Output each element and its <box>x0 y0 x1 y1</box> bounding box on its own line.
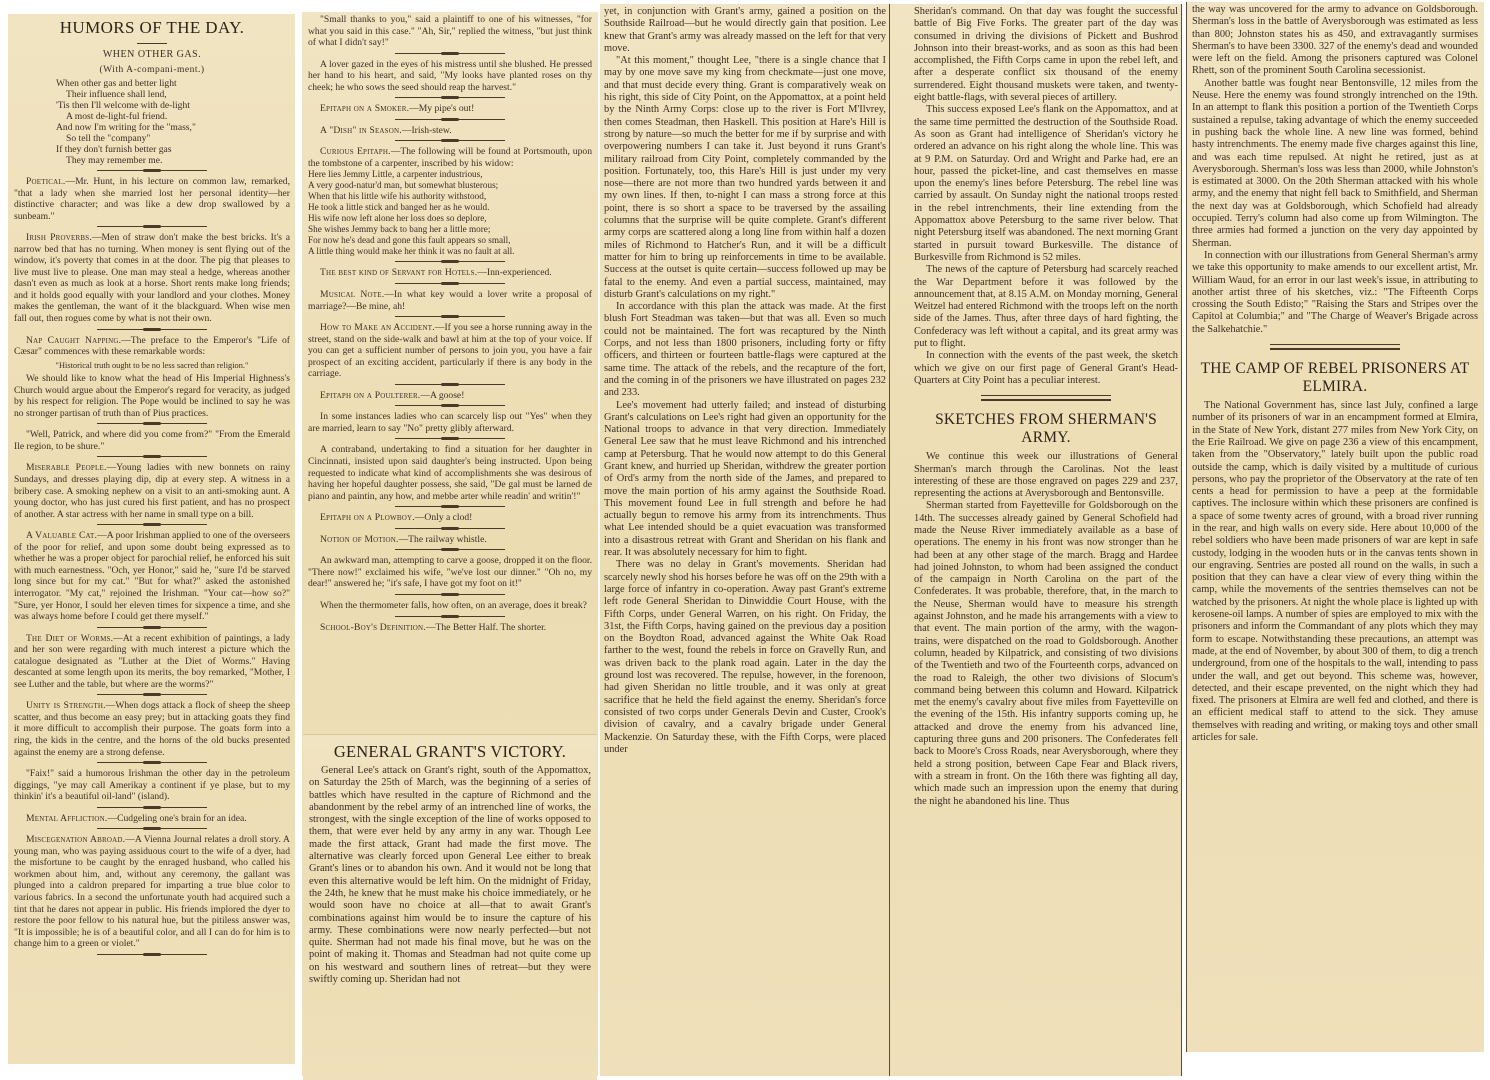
item-paragraph: A lover gazed in the eyes of his mistres… <box>308 59 592 94</box>
clipping-grant-end-and-sherman: Sheridan's command. On that day was foug… <box>912 4 1182 1076</box>
verse-line: 'Tis then I'll welcome with de-light <box>56 100 290 111</box>
column-2: "Small thanks to you," said a plaintiff … <box>308 14 592 633</box>
item-paragraph: "Faix!" said a humorous Irishman the oth… <box>14 768 290 803</box>
section-title: HUMORS OF THE DAY. <box>14 18 290 38</box>
article-paragraph: Sherman started from Fayetteville for Go… <box>914 500 1178 807</box>
article-paragraph: "At this moment," thought Lee, "there is… <box>604 55 886 301</box>
item-paragraph: Miserable People.—Young ladies with new … <box>14 462 290 520</box>
column-1: HUMORS OF THE DAY. WHEN OTHER GAS. (With… <box>14 18 290 960</box>
item-paragraph: Miscegenation Abroad.—A Vienna Journal r… <box>14 834 290 949</box>
divider <box>1270 344 1400 350</box>
column-3: yet, in conjunction with Grant's army, g… <box>604 6 886 756</box>
divider <box>97 226 207 227</box>
verse-line: They may remember me. <box>56 155 290 166</box>
verse-line: So tell the "company" <box>56 133 290 144</box>
verse-line: And now I'm writing for the "mass," <box>56 122 290 133</box>
divider <box>395 594 505 595</box>
divider <box>97 627 207 628</box>
article-paragraph: the way was uncovered for the army to ad… <box>1192 4 1478 78</box>
item-paragraph: Irish Proverbs.—Men of straw don't make … <box>14 232 290 324</box>
divider <box>97 762 207 763</box>
divider <box>395 528 505 529</box>
article-paragraph: In connection with our illustrations fro… <box>1192 250 1478 336</box>
verse-line: Here lies Jemmy Little, a carpenter indu… <box>308 169 592 180</box>
divider <box>395 405 505 406</box>
divider <box>395 616 505 617</box>
grant-article: GENERAL GRANT'S VICTORY. General Lee's a… <box>309 739 591 986</box>
article-title: SKETCHES FROM SHERMAN'S ARMY. <box>914 411 1178 447</box>
article-title: THE CAMP OF REBEL PRISONERS AT ELMIRA. <box>1192 360 1478 396</box>
item-paragraph: We should like to know what the head of … <box>14 373 290 419</box>
article-paragraph: General Lee's attack on Grant's right, s… <box>309 765 591 986</box>
clipping-general-grants-victory: GENERAL GRANT'S VICTORY. General Lee's a… <box>303 734 597 1080</box>
item-paragraph: Epitaph on a Plowboy.—Only a clod! <box>308 512 592 524</box>
item-paragraph: Unity is Strength.—When dogs attack a fl… <box>14 700 290 758</box>
article-title: GENERAL GRANT'S VICTORY. <box>309 742 591 761</box>
item-paragraph: A Valuable Cat.—A poor Irishman applied … <box>14 530 290 622</box>
item-paragraph: When the thermometer falls, how often, o… <box>308 600 592 612</box>
clipping-sherman-and-elmira: the way was uncovered for the army to ad… <box>1186 2 1484 1052</box>
divider <box>395 506 505 507</box>
poem-verse: When other gas and better light Their in… <box>14 78 290 166</box>
article-paragraph: Another battle was fought near Bentonsvi… <box>1192 78 1478 250</box>
divider <box>97 694 207 695</box>
column-rule <box>1186 2 1187 1052</box>
verse-line: When that his little wife his authority … <box>308 191 592 202</box>
item-paragraph: Nap Caught Napping.—The preface to the E… <box>14 335 290 358</box>
item-quote: "Historical truth ought to be no less sa… <box>14 360 290 372</box>
verse-line: A little thing would make her think it w… <box>308 246 592 257</box>
item-paragraph: Mental Affliction.—Cudgeling one's brain… <box>14 813 290 825</box>
divider <box>97 828 207 829</box>
column-rule <box>1181 4 1182 1076</box>
item-paragraph: Epitaph on a Smoker.—My pipe's out! <box>308 103 592 115</box>
item-paragraph: Curious Epitaph.—The following will be f… <box>308 146 592 169</box>
divider <box>137 43 167 44</box>
verse-line: A very good-natur'd man, but somewhat bl… <box>308 180 592 191</box>
clipping-grant-continued: yet, in conjunction with Grant's army, g… <box>600 4 912 1076</box>
divider <box>395 283 505 284</box>
clipping-humors-of-the-day: HUMORS OF THE DAY. WHEN OTHER GAS. (With… <box>8 14 295 1064</box>
divider <box>395 53 505 54</box>
item-paragraph: How to Make an Accident.—If you see a ho… <box>308 322 592 380</box>
item-paragraph: Musical Note.—In what key would a lover … <box>308 289 592 312</box>
article-paragraph: yet, in conjunction with Grant's army, g… <box>604 6 886 55</box>
divider <box>97 423 207 424</box>
article-paragraph: The National Government has, since last … <box>1192 400 1478 744</box>
epitaph-verse: Here lies Jemmy Little, a carpenter indu… <box>308 169 592 257</box>
divider <box>395 316 505 317</box>
article-paragraph: We continue this week our illustrations … <box>914 451 1178 500</box>
article-paragraph: There was no delay in Grant's movements.… <box>604 559 886 756</box>
item-paragraph: A "Dish" in Season.—Irish-stew. <box>308 125 592 137</box>
poem-title: WHEN OTHER GAS. <box>14 49 290 61</box>
item-paragraph: "Well, Patrick, and where did you come f… <box>14 429 290 452</box>
article-paragraph: The news of the capture of Petersburg ha… <box>914 264 1178 350</box>
divider <box>97 954 207 955</box>
verse-line: His wife now left alone her loss does so… <box>308 213 592 224</box>
divider <box>97 456 207 457</box>
divider <box>981 395 1111 401</box>
item-paragraph: Epitaph on a Poulterer.—A goose! <box>308 390 592 402</box>
item-paragraph: The Diet of Worms.—At a recent exhibitio… <box>14 633 290 691</box>
divider <box>97 170 207 171</box>
divider <box>395 140 505 141</box>
column-5: the way was uncovered for the army to ad… <box>1192 4 1478 744</box>
verse-line: Their influence shall lend, <box>56 89 290 100</box>
item-paragraph: The best kind of Servant for Hotels.—Inn… <box>308 267 592 279</box>
poem-subtitle: (With A-compani-ment.) <box>14 64 290 76</box>
verse-line: A most de-light-ful friend. <box>56 111 290 122</box>
verse-line: She wishes Jemmy back to bang her a litt… <box>308 224 592 235</box>
verse-line: For now he's dead and gone this fault ap… <box>308 235 592 246</box>
item-paragraph: Poetical.—Mr. Hunt, in his lecture on co… <box>14 176 290 222</box>
item-paragraph: Notion of Motion.—The railway whistle. <box>308 534 592 546</box>
article-paragraph: This success exposed Lee's flank on the … <box>914 104 1178 264</box>
item-paragraph: "Small thanks to you," said a plaintiff … <box>308 14 592 49</box>
item-paragraph: In some instances ladies who can scarcel… <box>308 411 592 434</box>
verse-line: He took a little stick and banged her as… <box>308 202 592 213</box>
item-paragraph: School-Boy's Definition.—The Better Half… <box>308 622 592 634</box>
divider <box>395 261 505 262</box>
divider <box>395 119 505 120</box>
item-paragraph: A contraband, undertaking to find a situ… <box>308 444 592 502</box>
divider <box>97 524 207 525</box>
divider <box>97 329 207 330</box>
article-paragraph: In connection with the events of the pas… <box>914 350 1178 387</box>
column-rule <box>889 4 890 1076</box>
article-paragraph: In accordance with this plan the attack … <box>604 301 886 399</box>
divider <box>395 97 505 98</box>
divider <box>395 549 505 550</box>
divider <box>97 807 207 808</box>
verse-line: If they don't furnish better gas <box>56 144 290 155</box>
verse-line: When other gas and better light <box>56 78 290 89</box>
divider <box>395 438 505 439</box>
article-paragraph: Sheridan's command. On that day was foug… <box>914 6 1178 104</box>
divider <box>395 384 505 385</box>
article-paragraph: Lee's movement had utterly failed; and i… <box>604 400 886 560</box>
column-4: Sheridan's command. On that day was foug… <box>914 6 1178 808</box>
item-paragraph: An awkward man, attempting to carve a go… <box>308 555 592 590</box>
